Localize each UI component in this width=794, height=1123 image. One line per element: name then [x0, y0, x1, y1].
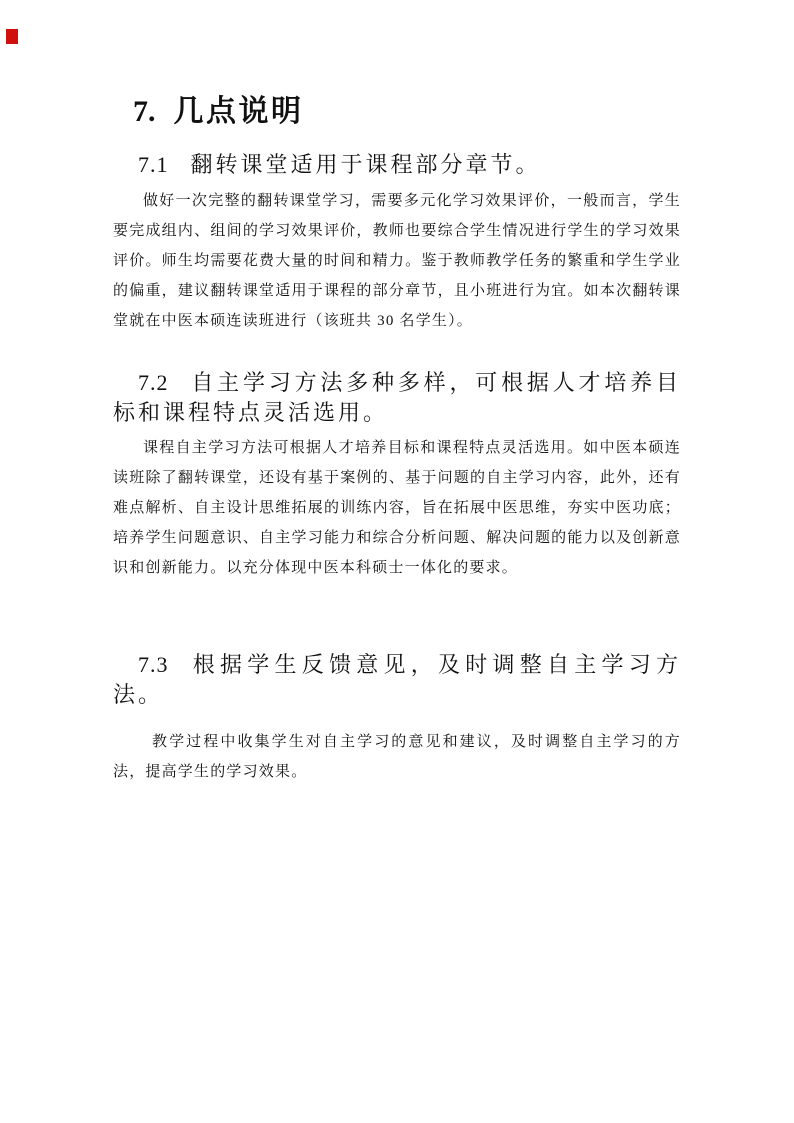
section-number-7-1: 7.1 — [138, 152, 169, 177]
page-corner-marker — [6, 29, 18, 44]
section-body-7-3: 教学过程中收集学生对自主学习的意见和建议，及时调整自主学习的方法，提高学生的学习… — [113, 727, 681, 787]
document-page: 7.几点说明 7.1翻转课堂适用于课程部分章节。 做好一次完整的翻转课堂学习，需… — [0, 0, 794, 1123]
chapter-heading: 7.几点说明 — [133, 93, 681, 130]
section-heading-7-3: 7.3根据学生反馈意见，及时调整自主学习方法。 — [113, 650, 681, 710]
section-heading-7-1: 7.1翻转课堂适用于课程部分章节。 — [113, 150, 681, 180]
section-heading-7-2: 7.2自主学习方法多种多样，可根据人才培养目标和课程特点灵活选用。 — [113, 368, 681, 428]
section-number-7-3: 7.3 — [138, 652, 169, 677]
section-title-7-2: 自主学习方法多种多样，可根据人才培养目标和课程特点灵活选用。 — [113, 370, 681, 425]
section-number-7-2: 7.2 — [138, 370, 169, 395]
section-title-7-3: 根据学生反馈意见，及时调整自主学习方法。 — [113, 652, 681, 707]
section-body-7-2: 课程自主学习方法可根据人才培养目标和课程特点灵活选用。如中医本硕连读班除了翻转课… — [113, 433, 681, 583]
section-body-7-1: 做好一次完整的翻转课堂学习，需要多元化学习效果评价，一般而言，学生要完成组内、组… — [113, 186, 681, 336]
section-title-7-1: 翻转课堂适用于课程部分章节。 — [191, 152, 541, 177]
chapter-heading-text: 几点说明 — [174, 95, 304, 128]
chapter-heading-number: 7. — [133, 95, 156, 128]
